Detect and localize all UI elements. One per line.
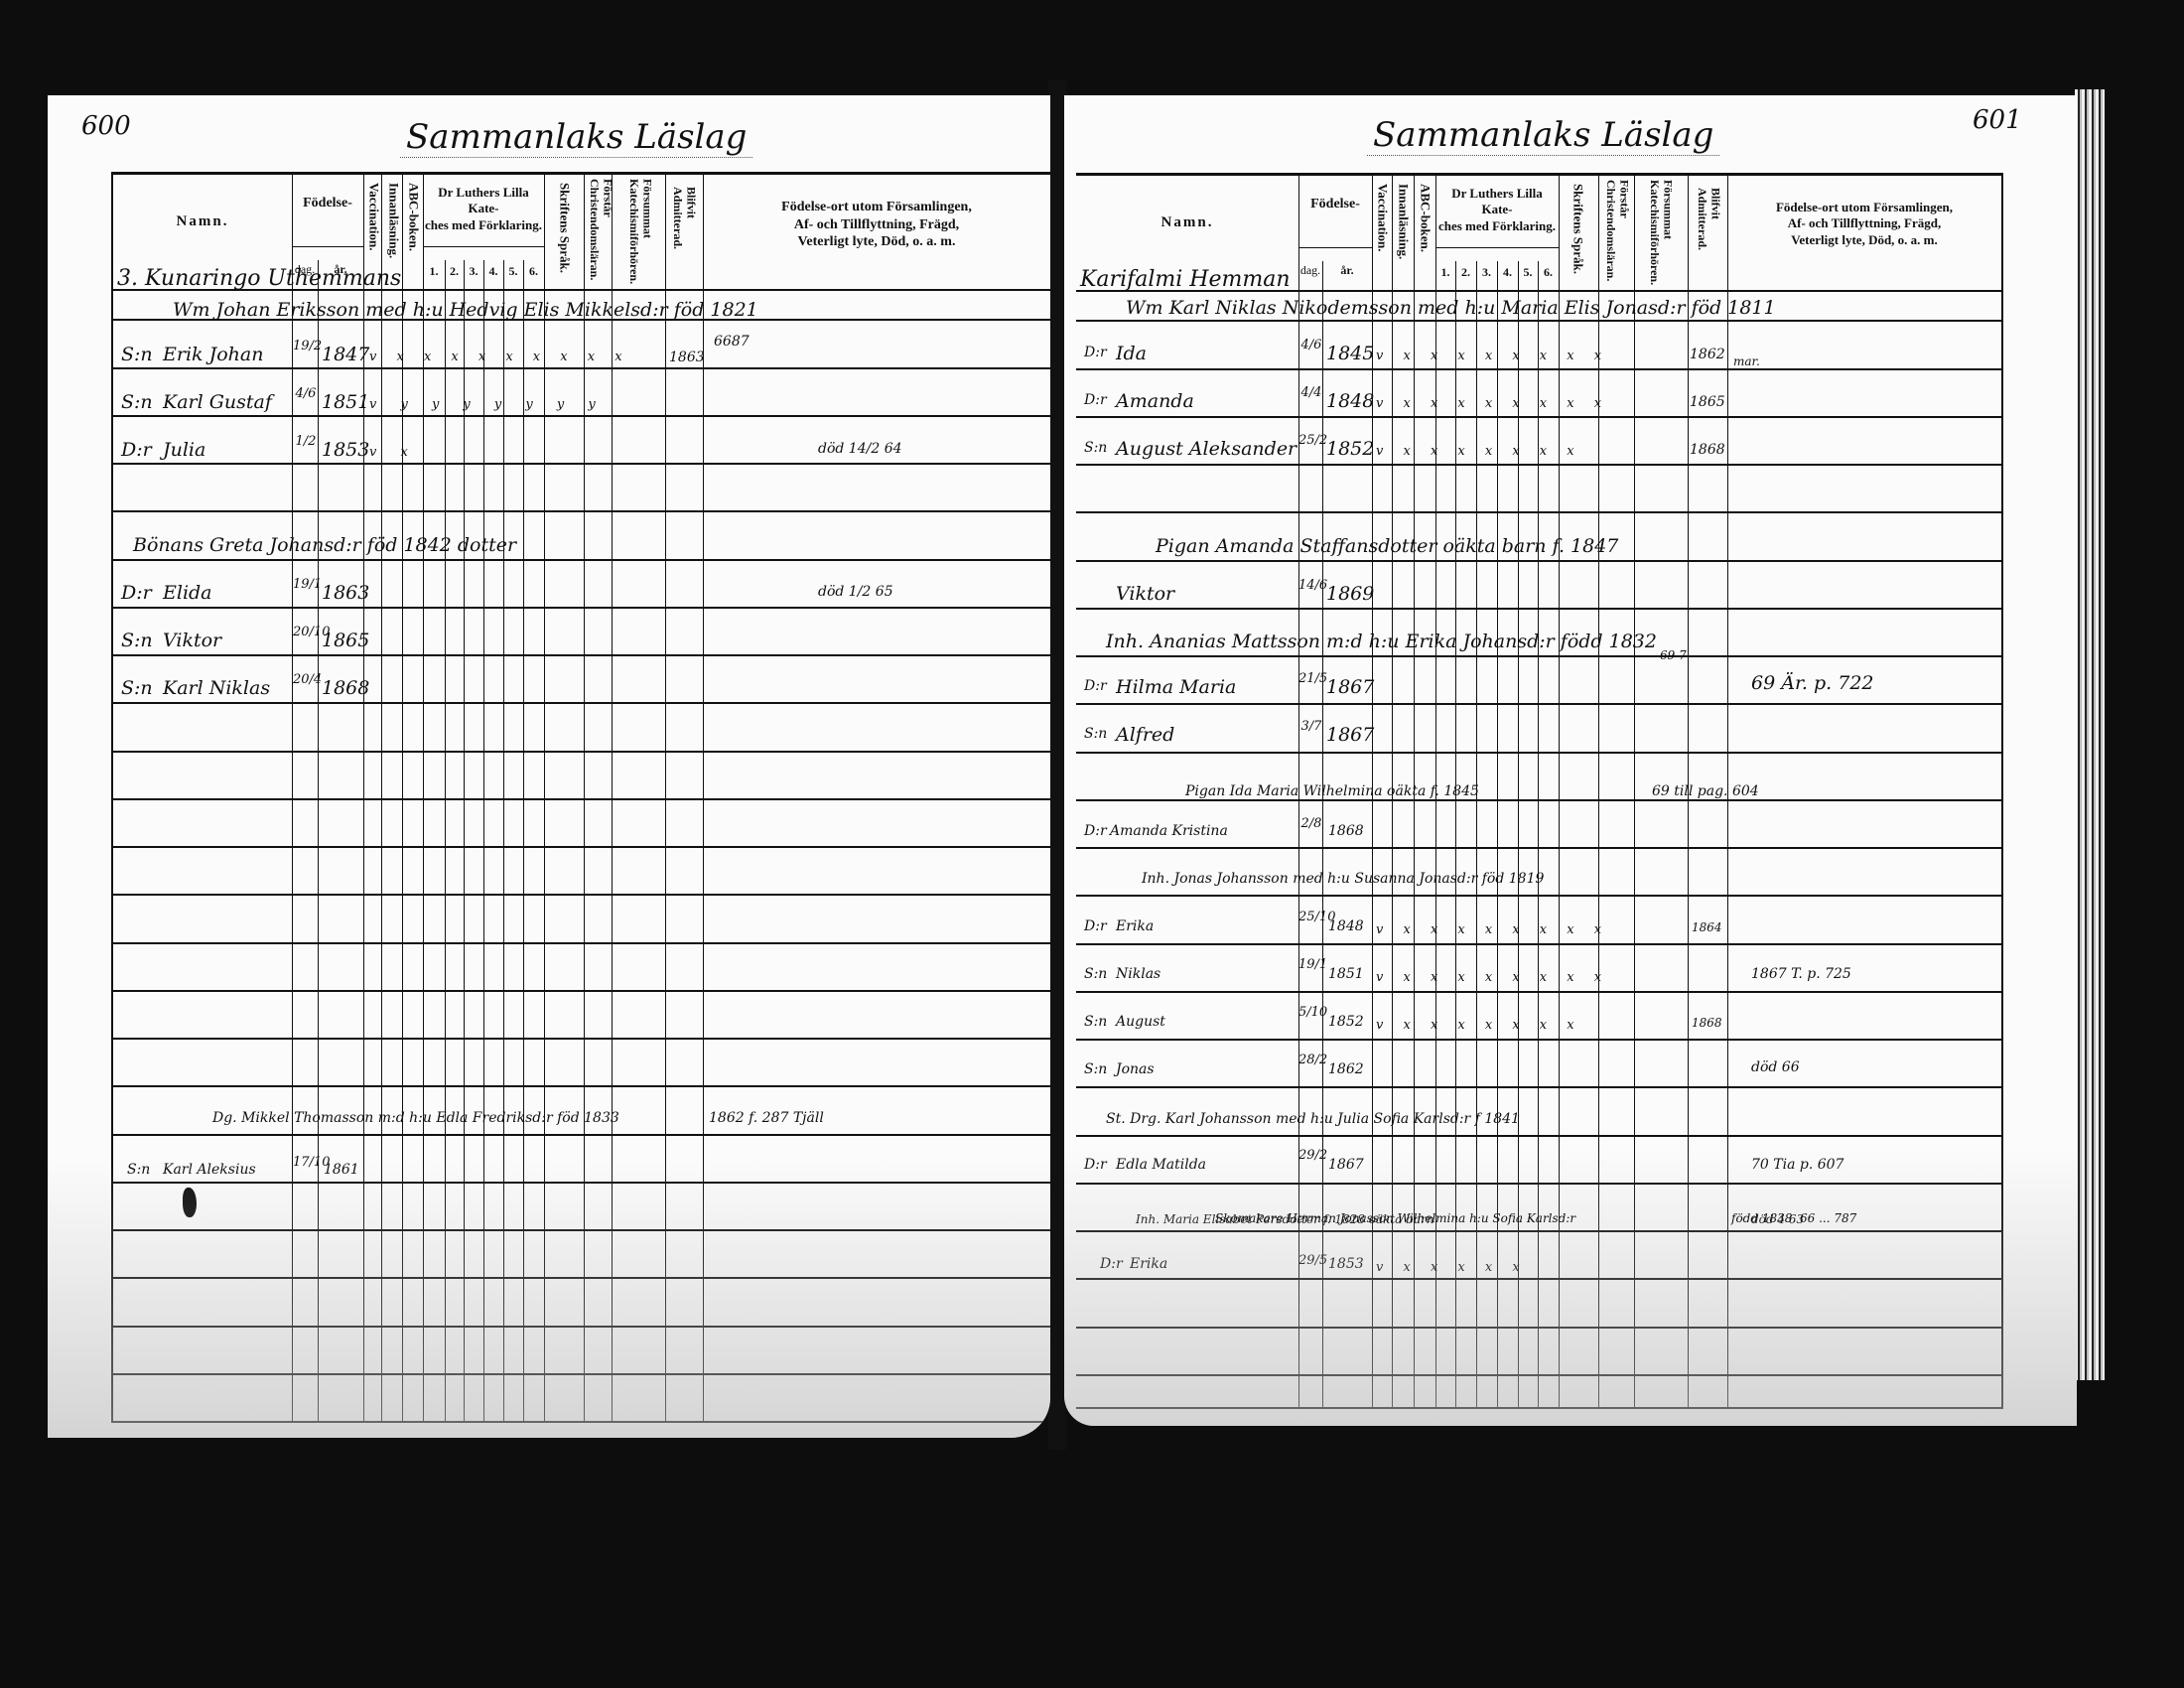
header-cat-1: 1. [1435, 265, 1455, 280]
member-prefix: D:r [121, 582, 152, 604]
remark-note: född 1838. 66 ... 787 [1731, 1211, 1856, 1225]
catechism-marks: v x x x x x x x x [1376, 349, 1609, 363]
household-head: Dg. Mikkel Thomasson m:d h:u Edla Fredri… [212, 1110, 619, 1126]
header-cat-6: 6. [1538, 265, 1559, 280]
extra-note: 69 7 [1660, 648, 1687, 662]
remark-note: mar. [1733, 354, 1760, 368]
birth-day: 19/1 [293, 578, 319, 591]
birth-day: 14/6 [1298, 579, 1324, 592]
birth-year: 1862 [1328, 1061, 1364, 1077]
member-name: Karl Niklas [163, 677, 270, 699]
header-birth: Födelse- [292, 195, 363, 212]
catechism-marks: v x x x x x x x x [1376, 922, 1609, 937]
remark-note: 69 till pag. 604 [1652, 783, 1759, 799]
header-name: Namn. [113, 212, 292, 231]
remark-note: död 66 [1751, 1059, 1800, 1075]
header-cat-4: 4. [483, 264, 503, 279]
birth-year: 1851 [322, 391, 369, 413]
section-heading: Karifalmi Hemman [1080, 267, 1291, 292]
right-page: 601 Sammanlaks Läslag Namn. Födelse- dag… [1064, 95, 2077, 1426]
household-head: St. Drg. Karl Johansson med h:u Julia So… [1106, 1111, 1520, 1127]
birth-day: 25/10 [1298, 911, 1324, 923]
header-abc: ABC-boken. [1418, 184, 1432, 252]
header-birth: Födelse- [1298, 196, 1372, 213]
catechism-marks: v x x x x x x x x [1376, 970, 1609, 985]
header-forsummat: Försummat Katechismiförhören. [627, 179, 653, 284]
birth-year: 1867 [1326, 676, 1374, 698]
birth-year: 1868 [322, 677, 369, 699]
remark-note: 1862 f. 287 Tjäll [709, 1110, 824, 1126]
birth-day: 4/4 [1298, 386, 1324, 399]
extra-note: 6687 [714, 334, 750, 350]
catechism-marks: v x x x x x x x [1376, 444, 1582, 459]
member-name: Viktor [1116, 583, 1174, 605]
member-prefix: D:r [1084, 823, 1107, 839]
admitted-year: 1865 [1690, 394, 1725, 410]
header-skrift: Skriftens Språk. [557, 183, 571, 273]
member-name: Erik Johan [163, 344, 263, 365]
member-name: Hilma Maria [1116, 676, 1236, 698]
header-birth-day: dag. [1298, 263, 1322, 278]
remark-note: 1867 T. p. 725 [1751, 966, 1851, 982]
catechism-marks: v x x x x x x x x x [369, 350, 630, 364]
admitted-year: 1864 [1692, 920, 1722, 934]
admitted-year: 1868 [1692, 1016, 1722, 1030]
member-prefix: S:n [1084, 1061, 1107, 1077]
household-head: Skomakare Herman Jonasson Wilhelmina h:u… [1215, 1211, 1575, 1225]
household-head: Inh. Ananias Mattsson m:d h:u Erika Joha… [1106, 631, 1657, 652]
member-prefix: D:r [1084, 392, 1107, 408]
member-prefix: D:r [1084, 345, 1107, 360]
header-abc: ABC-boken. [406, 183, 420, 251]
page-number: 601 [1973, 105, 2022, 135]
header-remarks: Födelse-ort utom Församlingen, Af- och T… [1727, 200, 2001, 248]
household-head: Wm Johan Eriksson med h:u Hedvig Elis Mi… [173, 299, 758, 321]
member-prefix: D:r [1084, 918, 1107, 934]
remark-note: 69 Är. p. 722 [1751, 672, 1874, 694]
header-cat-2: 2. [445, 264, 464, 279]
header-admitted: Blifvit Admitterad. [1696, 188, 1721, 267]
member-prefix: S:n [1084, 726, 1107, 742]
member-name: August Aleksander [1116, 438, 1297, 460]
birth-year: 1852 [1328, 1014, 1364, 1030]
admitted-year: 1868 [1690, 442, 1725, 458]
member-name: August [1116, 1014, 1165, 1030]
member-prefix: D:r [121, 439, 152, 461]
book-page-edges [2075, 89, 2105, 1380]
birth-day: 19/2 [293, 340, 319, 352]
header-admitted: Blifvit Admitterad. [671, 187, 697, 266]
header-forsummat: Försummat Katechismiförhören. [1648, 180, 1674, 285]
member-prefix: D:r [1084, 678, 1107, 694]
section-heading: 3. Kunaringo Uthemmans [117, 266, 401, 291]
header-vaccination: Vaccination. [366, 183, 380, 251]
birth-year: 1853 [322, 439, 369, 461]
member-name: Elida [163, 582, 212, 604]
birth-day: 25/2 [1298, 434, 1324, 447]
catechism-marks: v x [369, 445, 418, 460]
remark-note: död 14/2 64 [818, 441, 902, 457]
member-name: Erika [1116, 918, 1154, 934]
header-cat-4: 4. [1497, 265, 1518, 280]
birth-year: 1848 [1326, 390, 1374, 412]
header-cat-3: 3. [464, 264, 483, 279]
birth-day: 20/4 [293, 673, 319, 686]
birth-year: 1867 [1326, 724, 1374, 746]
birth-year: 1852 [1326, 438, 1374, 460]
header-innanlasning: Innanläsning. [1396, 184, 1410, 259]
member-name: Alfred [1116, 724, 1174, 746]
birth-year: 1868 [1328, 823, 1364, 839]
member-name: Karl Gustaf [163, 391, 272, 413]
birth-year: 1863 [322, 582, 369, 604]
admitted-year: 1862 [1690, 347, 1725, 362]
header-name: Namn. [1076, 213, 1298, 232]
header-cat-2: 2. [1455, 265, 1476, 280]
birth-day: 3/7 [1298, 720, 1324, 733]
header-remarks: Födelse-ort utom Församlingen, Af- och T… [703, 199, 1050, 251]
header-cat-3: 3. [1476, 265, 1497, 280]
birth-year: 1865 [322, 630, 369, 651]
header-cat-5: 5. [1518, 265, 1538, 280]
birth-day: 28/2 [1298, 1054, 1324, 1066]
member-prefix: S:n [121, 344, 153, 365]
member-prefix: S:n [1084, 440, 1107, 456]
catechism-marks: v x x x x x x x [1376, 1018, 1582, 1033]
member-name: Jonas [1116, 1061, 1155, 1077]
birth-day: 20/10 [293, 626, 319, 638]
household-head: Pigan Ida Maria Wilhelmina oäkta f. 1845 [1185, 783, 1479, 799]
birth-day: 21/5 [1298, 672, 1324, 685]
page-title: Sammanlaks Läslag [1367, 115, 1719, 156]
member-name: Amanda [1116, 390, 1194, 412]
member-name: Ida [1116, 343, 1147, 364]
left-page: 600 Sammanlaks Läslag Namn. Födelse- dag… [48, 95, 1050, 1438]
birth-year: 1847 [322, 344, 369, 365]
header-skrift: Skriftens Språk. [1570, 184, 1584, 274]
header-cat-1: 1. [423, 264, 445, 279]
member-prefix: S:n [1084, 1014, 1107, 1030]
birth-year: 1845 [1326, 343, 1374, 364]
header-catechism: Dr Luthers Lilla Kate- ches med Förklari… [1435, 186, 1559, 234]
household-head: Bönans Greta Johansd:r föd 1842 dotter [133, 534, 516, 556]
header-cat-6: 6. [523, 264, 544, 279]
header-cat-5: 5. [503, 264, 523, 279]
catechism-marks: v y y y y y y y [369, 397, 606, 412]
header-catechism: Dr Luthers Lilla Kate- ches med Förklari… [423, 185, 544, 233]
birth-day: 2/8 [1298, 817, 1324, 830]
header-vaccination: Vaccination. [1375, 184, 1389, 252]
header-birth-year: år. [1322, 263, 1372, 278]
member-prefix: S:n [121, 630, 153, 651]
household-head: Pigan Amanda Staffansdotter oäkta barn f… [1156, 535, 1618, 557]
household-head: Inh. Jonas Johansson med h:u Susanna Jon… [1142, 871, 1544, 887]
member-prefix: S:n [1084, 966, 1107, 982]
member-name: Amanda Kristina [1110, 823, 1228, 839]
household-head: Wm Karl Niklas Nikodemsson med h:u Maria… [1126, 297, 1776, 319]
admitted-year: 1863 [669, 350, 705, 365]
birth-year: 1851 [1328, 966, 1364, 982]
birth-year: 1848 [1328, 918, 1364, 934]
page-number: 600 [81, 111, 131, 141]
header-innanlasning: Innanläsning. [386, 183, 400, 258]
birth-day: 5/10 [1298, 1006, 1324, 1019]
member-name: Julia [163, 439, 205, 461]
birth-day: 4/6 [293, 387, 319, 400]
member-name: Niklas [1116, 966, 1160, 982]
header-forstar: Förstår Christendomsläran. [1604, 180, 1630, 285]
member-name: Viktor [163, 630, 221, 651]
birth-day: 1/2 [293, 435, 319, 448]
member-prefix: S:n [121, 391, 153, 413]
birth-day: 19/1 [1298, 958, 1324, 971]
page-title: Sammanlaks Läslag [400, 117, 752, 158]
remark-note: död 1/2 65 [818, 584, 893, 600]
catechism-marks: v x x x x x x x x [1376, 396, 1609, 411]
birth-day: 4/6 [1298, 339, 1324, 352]
member-prefix: S:n [121, 677, 153, 699]
header-forstar: Förstår Christendomsläran. [588, 179, 614, 284]
birth-year: 1869 [1326, 583, 1374, 605]
